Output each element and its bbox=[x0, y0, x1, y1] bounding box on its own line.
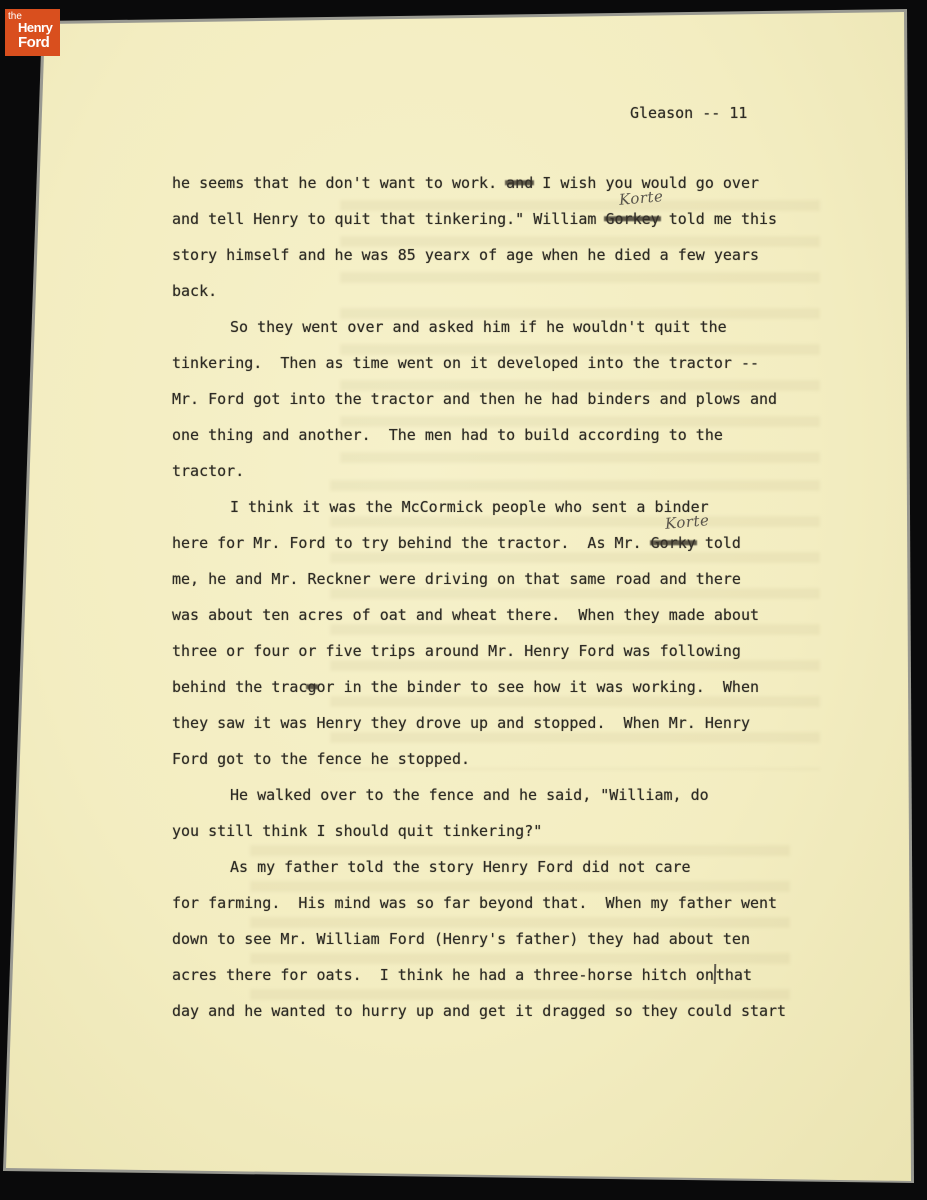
text-segment: told me this bbox=[660, 210, 777, 228]
text-line: was about ten acres of oat and wheat the… bbox=[172, 597, 832, 633]
text-segment: they saw it was Henry they drove up and … bbox=[172, 714, 750, 732]
text-segment: back. bbox=[172, 282, 217, 300]
text-line: three or four or five trips around Mr. H… bbox=[172, 633, 832, 669]
text-line: Ford got to the fence he stopped. bbox=[172, 741, 832, 777]
text-line: So they went over and asked him if he wo… bbox=[172, 309, 832, 345]
text-segment: Ford got to the fence he stopped. bbox=[172, 750, 470, 768]
page-number-header: Gleason -- 11 bbox=[630, 104, 747, 122]
text-segment: tractor. bbox=[172, 462, 244, 480]
text-line: tinkering. Then as time went on it devel… bbox=[172, 345, 832, 381]
text-line: Mr. Ford got into the tractor and then h… bbox=[172, 381, 832, 417]
text-line: you still think I should quit tinkering?… bbox=[172, 813, 832, 849]
text-segment: and tell Henry to quit that tinkering." … bbox=[172, 210, 605, 228]
text-segment: tinkering. Then as time went on it devel… bbox=[172, 354, 759, 372]
text-segment: for farming. His mind was so far beyond … bbox=[172, 894, 777, 912]
text-line: me, he and Mr. Reckner were driving on t… bbox=[172, 561, 832, 597]
struck-word: and bbox=[506, 174, 533, 192]
text-line: he seems that he don't want to work. and… bbox=[172, 165, 832, 201]
text-segment: that bbox=[716, 966, 752, 984]
text-line: they saw it was Henry they drove up and … bbox=[172, 705, 832, 741]
text-line: He walked over to the fence and he said,… bbox=[172, 777, 832, 813]
text-line: back. bbox=[172, 273, 832, 309]
text-line: and tell Henry to quit that tinkering." … bbox=[172, 201, 832, 237]
text-line: here for Mr. Ford to try behind the trac… bbox=[172, 525, 832, 561]
annotated-word: KorteGorkey bbox=[605, 201, 659, 237]
text-segment: Mr. Ford got into the tractor and then h… bbox=[172, 390, 777, 408]
text-segment: me, he and Mr. Reckner were driving on t… bbox=[172, 570, 741, 588]
struck-word: Gorky bbox=[651, 534, 696, 552]
text-line: one thing and another. The men had to bu… bbox=[172, 417, 832, 453]
text-line: I think it was the McCormick people who … bbox=[172, 489, 832, 525]
struck-word: g bbox=[307, 678, 316, 696]
text-segment: So they went over and asked him if he wo… bbox=[230, 318, 727, 336]
text-line: down to see Mr. William Ford (Henry's fa… bbox=[172, 921, 832, 957]
text-line: story himself and he was 85 yearx of age… bbox=[172, 237, 832, 273]
document-page: Gleason -- 11 he seems that he don't wan… bbox=[0, 0, 927, 1200]
struck-word: Gorkey bbox=[605, 210, 659, 228]
logo-word-ford: Ford bbox=[18, 35, 49, 50]
text-line: tractor. bbox=[172, 453, 832, 489]
text-segment: down to see Mr. William Ford (Henry's fa… bbox=[172, 930, 750, 948]
text-segment: one thing and another. The men had to bu… bbox=[172, 426, 723, 444]
text-segment: three or four or five trips around Mr. H… bbox=[172, 642, 741, 660]
text-segment: I think it was the McCormick people who … bbox=[230, 498, 709, 516]
text-segment: As my father told the story Henry Ford d… bbox=[230, 858, 691, 876]
text-line: As my father told the story Henry Ford d… bbox=[172, 849, 832, 885]
henry-ford-logo: the Henry Ford bbox=[5, 9, 60, 56]
text-line: behind the tracgor in the binder to see … bbox=[172, 669, 832, 705]
text-segment: you still think I should quit tinkering?… bbox=[172, 822, 542, 840]
text-line: for farming. His mind was so far beyond … bbox=[172, 885, 832, 921]
logo-word-henry: Henry bbox=[18, 21, 52, 34]
text-segment: here for Mr. Ford to try behind the trac… bbox=[172, 534, 651, 552]
pencil-mark bbox=[714, 964, 717, 984]
transcript-text: he seems that he don't want to work. and… bbox=[172, 165, 832, 1029]
photo-background: Gleason -- 11 he seems that he don't wan… bbox=[0, 0, 927, 1200]
text-segment: behind the trac bbox=[172, 678, 307, 696]
text-segment: He walked over to the fence and he said,… bbox=[230, 786, 709, 804]
text-segment: or in the binder to see how it was worki… bbox=[317, 678, 760, 696]
text-segment: was about ten acres of oat and wheat the… bbox=[172, 606, 759, 624]
text-line: acres there for oats. I think he had a t… bbox=[172, 957, 832, 993]
annotated-word: KorteGorky bbox=[651, 525, 696, 561]
text-segment: acres there for oats. I think he had a t… bbox=[172, 966, 714, 984]
text-segment: he seems that he don't want to work. bbox=[172, 174, 506, 192]
text-line: day and he wanted to hurry up and get it… bbox=[172, 993, 832, 1029]
text-segment: day and he wanted to hurry up and get it… bbox=[172, 1002, 786, 1020]
text-segment: story himself and he was 85 yearx of age… bbox=[172, 246, 759, 264]
